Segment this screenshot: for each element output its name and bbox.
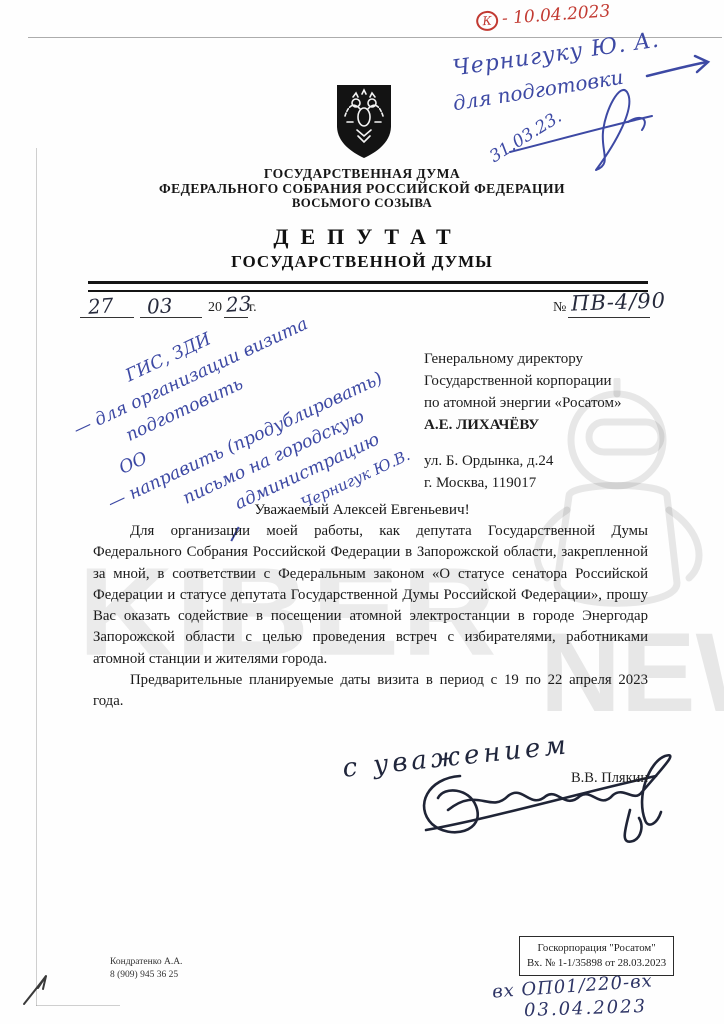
red-resolution-date: - 10.04.2023: [501, 1, 611, 29]
letter-body: Для организации моей работы, как депутат…: [93, 521, 648, 713]
date-year-printed: 20: [208, 300, 222, 316]
addressee-name: А.Е. ЛИХАЧЁВУ: [424, 414, 622, 436]
addressee-line: Генеральному директору: [424, 348, 622, 370]
org-name-line1: ГОСУДАРСТВЕННАЯ ДУМА: [0, 166, 724, 181]
addressee-street: ул. Б. Ордынка, д.24: [424, 450, 622, 472]
date-day-handwritten: 27: [87, 293, 114, 319]
addressee-block: Генеральному директору Государственной к…: [424, 348, 622, 494]
red-circle-mark: К: [476, 10, 499, 31]
executor-phone: 8 (909) 945 36 25: [110, 969, 182, 982]
deputy-title-line1: ДЕПУТАТ: [0, 224, 724, 250]
doc-number-label: №: [553, 300, 566, 316]
addressee-line: по атомной энергии «Росатом»: [424, 392, 622, 414]
letter-content: К- 10.04.2023 Чернигуку Ю. А. для подгот…: [0, 0, 724, 1024]
stamp-org-line: Госкорпорация "Росатом": [527, 941, 666, 956]
pen-mark-icon: [20, 972, 50, 1008]
date-day-underline: [80, 317, 134, 318]
coat-of-arms-emblem: [333, 82, 395, 160]
incoming-handwritten-date: 03.04.2023: [524, 996, 648, 1021]
org-name-line2: ФЕДЕРАЛЬНОГО СОБРАНИЯ РОССИЙСКОЙ ФЕДЕРАЦ…: [0, 181, 724, 196]
date-month-handwritten: 03: [146, 293, 173, 318]
executor-name: Кондратенко А.А.: [110, 956, 182, 969]
date-month-underline: [140, 317, 202, 318]
body-paragraph-1: Для организации моей работы, как депутат…: [93, 521, 648, 670]
body-paragraph-2: Предварительные планируемые даты визита …: [93, 670, 648, 713]
salutation: Уважаемый Алексей Евгеньевич!: [0, 501, 724, 519]
addressee-city: г. Москва, 119017: [424, 472, 622, 494]
signature-icon: [398, 748, 683, 853]
doc-number-underline: [568, 317, 650, 318]
arrow-icon: [645, 52, 717, 86]
letterhead-org-block: ГОСУДАРСТВЕННАЯ ДУМА ФЕДЕРАЛЬНОГО СОБРАН…: [0, 166, 724, 211]
addressee-line: Государственной корпорации: [424, 370, 622, 392]
scanned-letter-page: KIBER NEWS К- 10.04.2023 Чернигуку Ю. А.…: [0, 0, 724, 1024]
executor-block: Кондратенко А.А. 8 (909) 945 36 25: [110, 956, 182, 982]
signer-name: В.В. Плякин: [571, 770, 648, 787]
assignee-name-note: Чернигуку Ю. А.: [451, 28, 661, 82]
stamp-number-line: Вх. № 1-1/35898 от 28.03.2023: [527, 956, 666, 971]
org-name-line3: ВОСЬМОГО СОЗЫВА: [0, 196, 724, 211]
doc-number-value: ПВ-4/90: [571, 288, 667, 315]
red-resolution-note: К- 10.04.2023: [475, 1, 611, 31]
